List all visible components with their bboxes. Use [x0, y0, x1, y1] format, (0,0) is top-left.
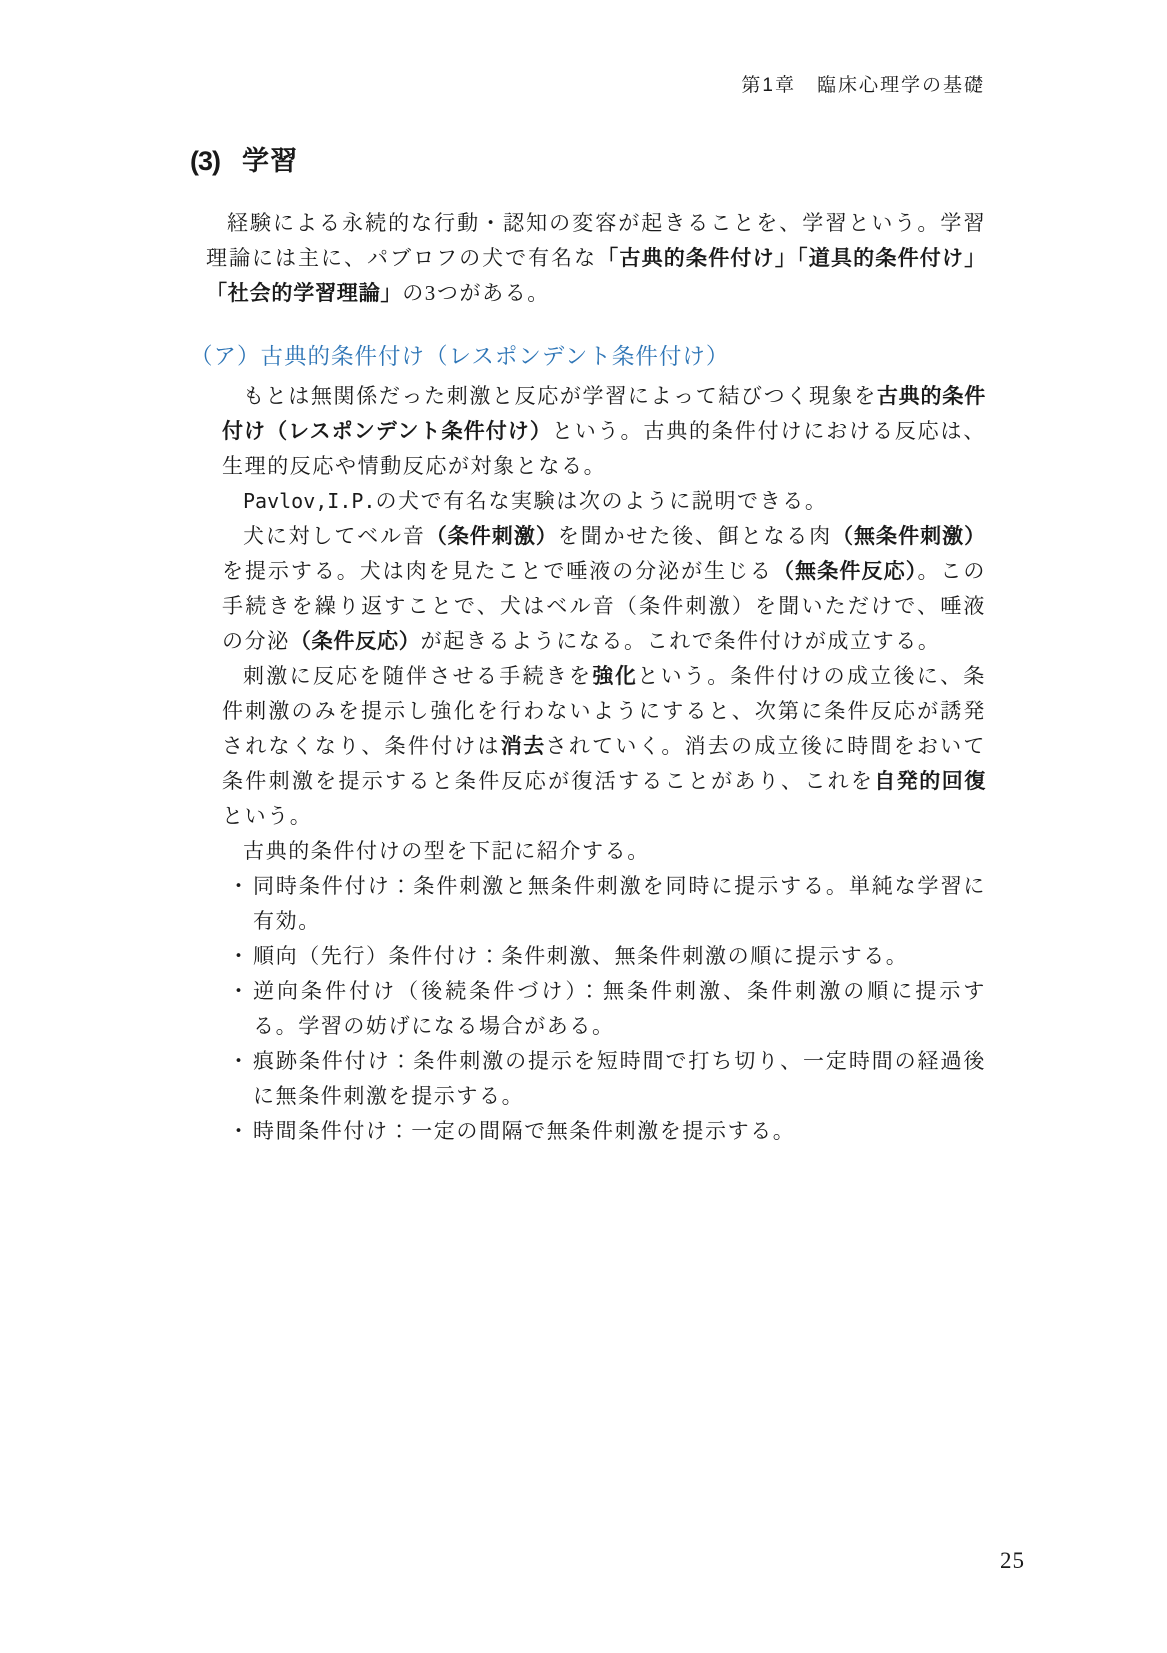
bullet-marker: ・: [228, 1114, 251, 1149]
bullet-list: ・ 同時条件付け：条件刺激と無条件刺激を同時に提示する。単純な学習に有効。 ・ …: [190, 869, 986, 1149]
bullet-text: 逆向条件付け（後続条件づけ）：無条件刺激、条件刺激の順に提示する。学習の妨げにな…: [253, 979, 986, 1038]
document-page: 第1章 臨床心理学の基礎 (3)学習 経験による永続的な行動・認知の変容が起きる…: [0, 0, 1167, 1653]
body-paragraph: 刺激に反応を随伴させる手続きを強化という。条件付けの成立後に、条件刺激のみを提示…: [222, 659, 986, 834]
bullet-item: ・ 同時条件付け：条件刺激と無条件刺激を同時に提示する。単純な学習に有効。: [228, 869, 986, 939]
bullet-item: ・ 痕跡条件付け：条件刺激の提示を短時間で打ち切り、一定時間の経過後に無条件刺激…: [228, 1044, 986, 1114]
running-header-chapter-title: 第1章 臨床心理学の基礎: [741, 70, 985, 97]
section-title: 学習: [242, 146, 298, 176]
body-paragraph: 犬に対してベル音（条件刺激）を聞かせた後、餌となる肉（無条件刺激）を提示する。犬…: [222, 519, 986, 659]
bullet-item: ・ 順向（先行）条件付け：条件刺激、無条件刺激の順に提示する。: [228, 939, 986, 974]
bullet-text: 同時条件付け：条件刺激と無条件刺激を同時に提示する。単純な学習に有効。: [253, 874, 986, 933]
bullet-marker: ・: [228, 1044, 251, 1079]
bullet-text: 時間条件付け：一定の間隔で無条件刺激を提示する。: [253, 1119, 795, 1143]
page-content: (3)学習 経験による永続的な行動・認知の変容が起きることを、学習という。学習理…: [190, 142, 986, 1149]
bullet-marker: ・: [228, 869, 251, 904]
bullet-item: ・ 逆向条件付け（後続条件づけ）：無条件刺激、条件刺激の順に提示する。学習の妨げ…: [228, 974, 986, 1044]
list-intro-paragraph: 古典的条件付けの型を下記に紹介する。: [222, 834, 986, 869]
body-paragraph: もとは無関係だった刺激と反応が学習によって結びつく現象を古典的条件付け（レスポン…: [222, 379, 986, 484]
bullet-text: 順向（先行）条件付け：条件刺激、無条件刺激の順に提示する。: [253, 944, 908, 968]
bullet-text: 痕跡条件付け：条件刺激の提示を短時間で打ち切り、一定時間の経過後に無条件刺激を提…: [253, 1049, 986, 1108]
body-paragraph: Pavlov,I.P.の犬で有名な実験は次のように説明できる。: [222, 484, 986, 519]
subsection-heading: （ア）古典的条件付け（レスポンデント条件付け）: [190, 341, 986, 373]
bullet-item: ・ 時間条件付け：一定の間隔で無条件刺激を提示する。: [228, 1114, 986, 1149]
bullet-marker: ・: [228, 974, 251, 1009]
section-number: (3): [190, 146, 220, 176]
page-number: 25: [1000, 1548, 1025, 1574]
section-heading: (3)学習: [190, 142, 986, 180]
bullet-marker: ・: [228, 939, 251, 974]
intro-paragraph: 経験による永続的な行動・認知の変容が起きることを、学習という。学習理論には主に、…: [206, 206, 986, 311]
